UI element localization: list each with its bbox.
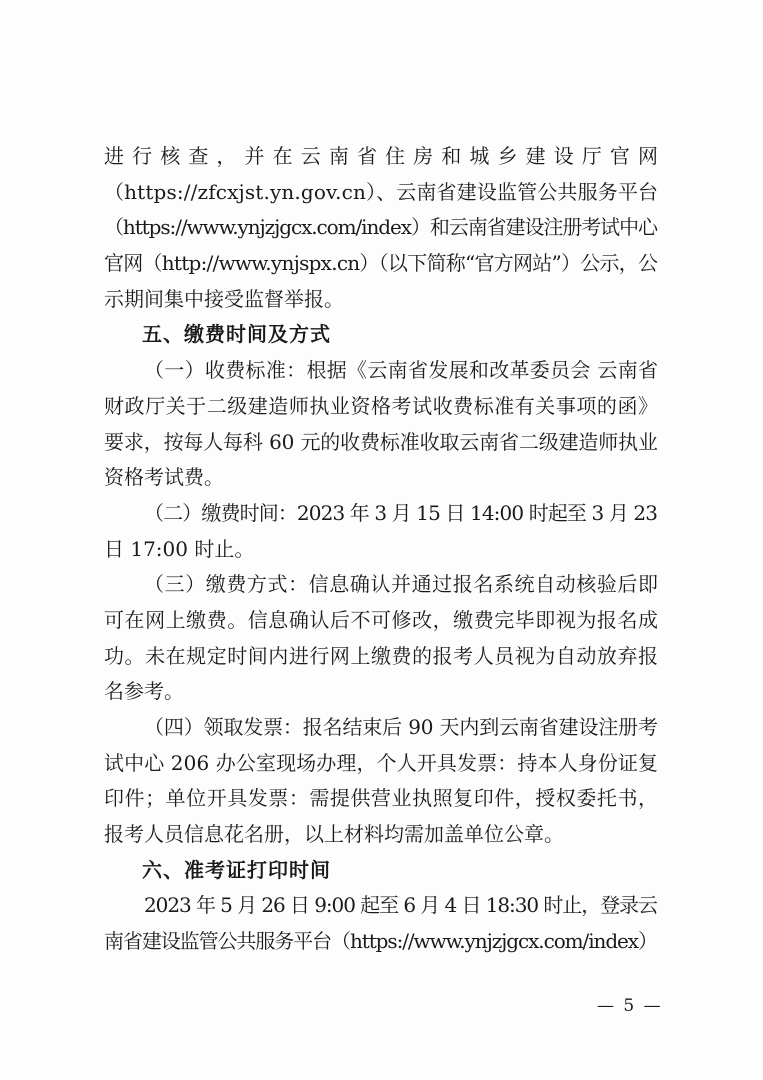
line-text: 资格考试费。 [104,460,224,496]
text-line: （三）缴费方式：信息确认并通过报名系统自动核验后即 [104,567,658,603]
text-line: 试中心 206 办公室现场办理，个人开具发票：持本人身份证复 [104,746,658,782]
text-line: 印件；单位开具发票：需提供营业执照复印件，授权委托书， [104,781,658,817]
text-line: 进行核查，并在云南省住房和城乡建设厅官网 [104,139,658,175]
line-text: （https://www.ynjzjgcx.com/index）和云南省建设注册… [104,210,657,246]
line-text: （一）收费标准：根据《云南省发展和改革委员会 云南省 [144,353,658,389]
line-text: 2023 年 5 月 26 日 9:00 起至 6 月 4 日 18:30 时止… [144,888,657,924]
line-text: 名参考。 [104,674,184,710]
text-line: 财政厅关于二级建造师执业资格考试收费标准有关事项的函》 [104,389,658,425]
heading-text: 六、准考证打印时间 [142,853,331,889]
line-text: （https://zfcxjst.yn.gov.cn）、云南省建设监管公共服务平… [104,175,658,211]
section-heading-admission-ticket: 六、准考证打印时间 [104,853,658,889]
text-line: 可在网上缴费。信息确认后不可修改，缴费完毕即视为报名成 [104,603,658,639]
text-line: 示期间集中接受监督举报。 [104,282,658,318]
line-text: 功。未在规定时间内进行网上缴费的报考人员视为自动放弃报 [104,639,659,675]
line-text: 印件；单位开具发票：需提供营业执照复印件，授权委托书， [104,781,659,817]
text-line: 南省建设监管公共服务平台（https://www.ynjzjgcx.com/in… [104,924,658,960]
section-heading-fee: 五、缴费时间及方式 [104,317,658,353]
line-text: 试中心 206 办公室现场办理，个人开具发票：持本人身份证复 [104,746,658,782]
line-text: 进行核查，并在云南省住房和城乡建设厅官网 [104,139,666,175]
line-text: （二）缴费时间：2023 年 3 月 15 日 14:00 时起至 3 月 23 [144,496,657,532]
document-page: 进行核查，并在云南省住房和城乡建设厅官网 （https://zfcxjst.yn… [0,0,763,1080]
text-line: 资格考试费。 [104,460,658,496]
text-line: 报考人员信息花名册，以上材料均需加盖单位公章。 [104,817,658,853]
line-text: 可在网上缴费。信息确认后不可修改，缴费完毕即视为报名成 [104,603,659,639]
line-text: 要求，按每人每科 60 元的收费标准收取云南省二级建造师执业 [104,425,658,461]
line-text: （三）缴费方式：信息确认并通过报名系统自动核验后即 [144,567,659,603]
text-line: （https://www.ynjzjgcx.com/index）和云南省建设注册… [104,210,658,246]
line-text: 南省建设监管公共服务平台（https://www.ynjzjgcx.com/in… [104,924,657,960]
line-text: 官网（http://www.ynjspx.cn）（以下简称“官方网站”）公示，公 [104,246,657,282]
text-line: 名参考。 [104,674,658,710]
text-line: 2023 年 5 月 26 日 9:00 起至 6 月 4 日 18:30 时止… [104,888,658,924]
text-line: （二）缴费时间：2023 年 3 月 15 日 14:00 时起至 3 月 23 [104,496,658,532]
text-line: （https://zfcxjst.yn.gov.cn）、云南省建设监管公共服务平… [104,175,658,211]
heading-text: 五、缴费时间及方式 [142,317,331,353]
line-text: 财政厅关于二级建造师执业资格考试收费标准有关事项的函》 [104,389,659,425]
text-line: 官网（http://www.ynjspx.cn）（以下简称“官方网站”）公示，公 [104,246,658,282]
line-text: 示期间集中接受监督举报。 [104,282,344,318]
line-text: 报考人员信息花名册，以上材料均需加盖单位公章。 [104,817,564,853]
line-text: （四）领取发票：报名结束后 90 天内到云南省建设注册考 [144,710,658,746]
text-line: 功。未在规定时间内进行网上缴费的报考人员视为自动放弃报 [104,639,658,675]
text-line: （一）收费标准：根据《云南省发展和改革委员会 云南省 [104,353,658,389]
line-text: 日 17:00 时止。 [104,532,254,568]
text-line: 日 17:00 时止。 [104,532,658,568]
text-line: 要求，按每人每科 60 元的收费标准收取云南省二级建造师执业 [104,425,658,461]
document-body: 进行核查，并在云南省住房和城乡建设厅官网 （https://zfcxjst.yn… [104,139,658,960]
page-number: — 5 — [597,996,663,1016]
text-line: （四）领取发票：报名结束后 90 天内到云南省建设注册考 [104,710,658,746]
